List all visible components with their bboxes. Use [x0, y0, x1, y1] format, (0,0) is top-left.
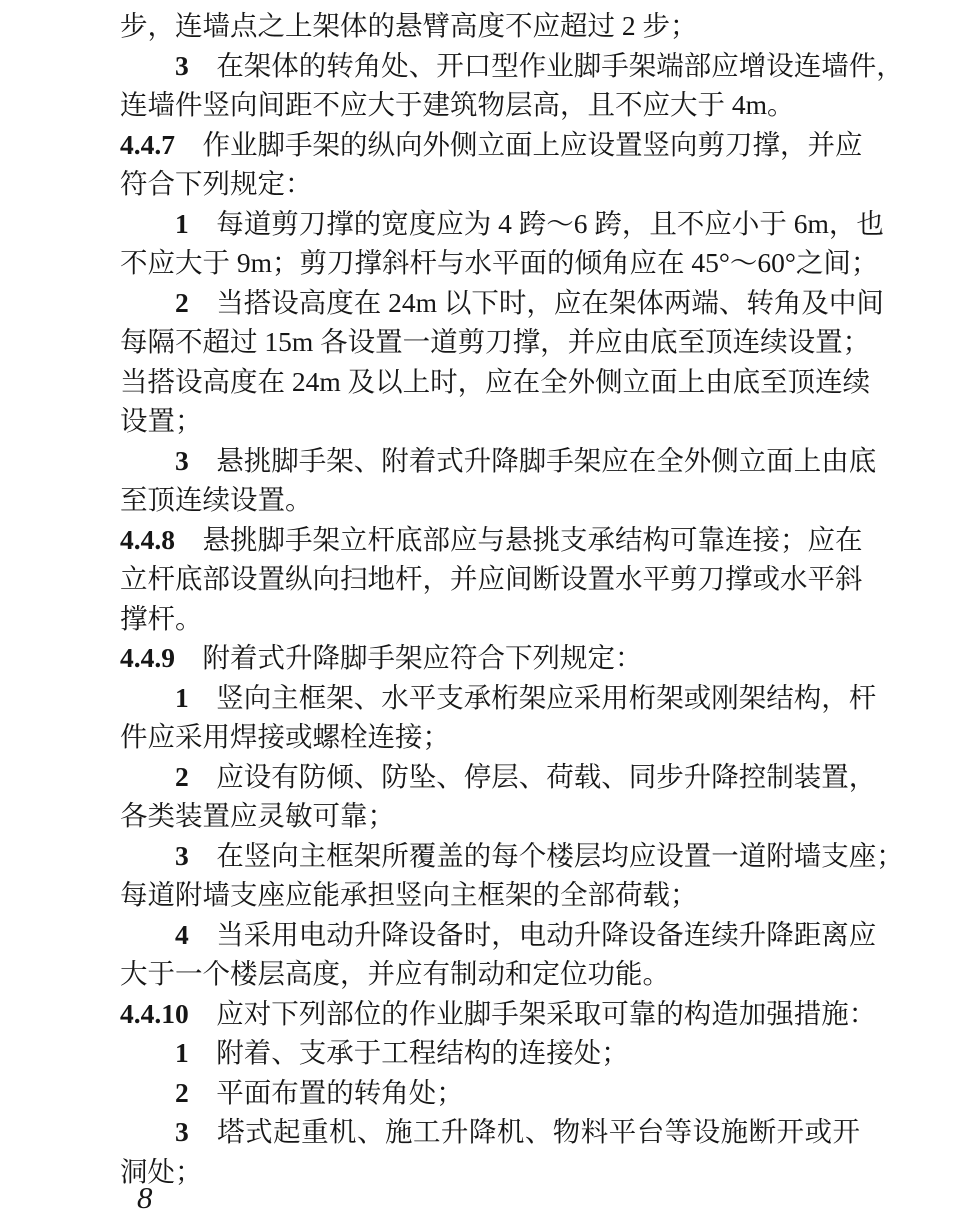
- clause-number: 3: [175, 445, 189, 476]
- text-line: 洞处；: [120, 1152, 860, 1192]
- clause-text: 撑杆。: [120, 603, 203, 634]
- clause-number: 4: [175, 919, 189, 950]
- clause-text: 设置；: [120, 405, 203, 436]
- text-line: 撑杆。: [120, 599, 860, 639]
- text-line: 每道附墙支座应能承担竖向主框架的全部荷载；: [120, 875, 860, 915]
- text-line: 至顶连续设置。: [120, 480, 860, 520]
- text-line: 不应大于 9m；剪刀撑斜杆与水平面的倾角应在 45°～60°之间；: [120, 243, 860, 283]
- text-line: 步，连墙点之上架体的悬臂高度不应超过 2 步；: [120, 6, 860, 46]
- text-line: 件应采用焊接或螺栓连接；: [120, 717, 860, 757]
- clause-number: 2: [175, 287, 189, 318]
- clause-text: 至顶连续设置。: [120, 484, 313, 515]
- text-block: 步，连墙点之上架体的悬臂高度不应超过 2 步；3 在架体的转角处、开口型作业脚手…: [120, 6, 860, 1191]
- clause-text: 当搭设高度在 24m 及以上时，应在全外侧立面上由底至顶连续: [120, 366, 870, 397]
- text-line: 设置；: [120, 401, 860, 441]
- clause-text: 大于一个楼层高度，并应有制动和定位功能。: [120, 958, 670, 989]
- clause-text: 在架体的转角处、开口型作业脚手架端部应增设连墙件，: [189, 50, 904, 81]
- clause-text: 在竖向主框架所覆盖的每个楼层均应设置一道附墙支座；: [189, 840, 904, 871]
- text-line: 4 当采用电动升降设备时，电动升降设备连续升降距离应: [120, 915, 860, 955]
- text-line: 1 附着、支承于工程结构的连接处；: [120, 1033, 860, 1073]
- clause-number: 3: [175, 50, 189, 81]
- clause-number: 3: [175, 1116, 189, 1147]
- clause-text: 当搭设高度在 24m 以下时，应在架体两端、转角及中间: [189, 287, 884, 318]
- text-line: 1 竖向主框架、水平支承桁架应采用桁架或刚架结构，杆: [120, 678, 860, 718]
- text-line: 大于一个楼层高度，并应有制动和定位功能。: [120, 954, 860, 994]
- clause-number: 2: [175, 761, 189, 792]
- clause-text: 作业脚手架的纵向外侧立面上应设置竖向剪刀撑，并应: [175, 129, 863, 160]
- clause-text: 竖向主框架、水平支承桁架应采用桁架或刚架结构，杆: [189, 682, 877, 713]
- text-line: 3 悬挑脚手架、附着式升降脚手架应在全外侧立面上由底: [120, 441, 860, 481]
- clause-number: 1: [175, 208, 189, 239]
- clause-text: 平面布置的转角处；: [189, 1077, 464, 1108]
- text-line: 4.4.9 附着式升降脚手架应符合下列规定：: [120, 638, 860, 678]
- clause-number: 4.4.9: [120, 642, 175, 673]
- clause-text: 附着、支承于工程结构的连接处；: [189, 1037, 629, 1068]
- clause-number: 4.4.8: [120, 524, 175, 555]
- clause-text: 洞处；: [120, 1156, 203, 1187]
- clause-text: 每道剪刀撑的宽度应为 4 跨～6 跨，且不应小于 6m，也: [189, 208, 884, 239]
- clause-text: 应对下列部位的作业脚手架采取可靠的构造加强措施：: [189, 998, 877, 1029]
- clause-text: 符合下列规定：: [120, 168, 313, 199]
- clause-number: 1: [175, 682, 189, 713]
- clause-text: 步，连墙点之上架体的悬臂高度不应超过 2 步；: [120, 10, 698, 41]
- clause-number: 1: [175, 1037, 189, 1068]
- text-line: 3 在架体的转角处、开口型作业脚手架端部应增设连墙件，: [120, 46, 860, 86]
- text-line: 2 当搭设高度在 24m 以下时，应在架体两端、转角及中间: [120, 283, 860, 323]
- text-line: 2 应设有防倾、防坠、停层、荷载、同步升降控制装置，: [120, 757, 860, 797]
- clause-text: 悬挑脚手架、附着式升降脚手架应在全外侧立面上由底: [189, 445, 877, 476]
- text-line: 4.4.7 作业脚手架的纵向外侧立面上应设置竖向剪刀撑，并应: [120, 125, 860, 165]
- text-line: 3 塔式起重机、施工升降机、物料平台等设施断开或开: [120, 1112, 860, 1152]
- text-line: 4.4.8 悬挑脚手架立杆底部应与悬挑支承结构可靠连接；应在: [120, 520, 860, 560]
- document-page: 步，连墙点之上架体的悬臂高度不应超过 2 步；3 在架体的转角处、开口型作业脚手…: [0, 0, 968, 1225]
- text-line: 连墙件竖向间距不应大于建筑物层高，且不应大于 4m。: [120, 85, 860, 125]
- clause-text: 连墙件竖向间距不应大于建筑物层高，且不应大于 4m。: [120, 89, 795, 120]
- clause-text: 每道附墙支座应能承担竖向主框架的全部荷载；: [120, 879, 698, 910]
- clause-text: 悬挑脚手架立杆底部应与悬挑支承结构可靠连接；应在: [175, 524, 863, 555]
- clause-text: 立杆底部设置纵向扫地杆，并应间断设置水平剪刀撑或水平斜: [120, 563, 863, 594]
- clause-text: 当采用电动升降设备时，电动升降设备连续升降距离应: [189, 919, 877, 950]
- text-line: 当搭设高度在 24m 及以上时，应在全外侧立面上由底至顶连续: [120, 362, 860, 402]
- clause-text: 件应采用焊接或螺栓连接；: [120, 721, 450, 752]
- text-line: 立杆底部设置纵向扫地杆，并应间断设置水平剪刀撑或水平斜: [120, 559, 860, 599]
- clause-number: 4.4.7: [120, 129, 175, 160]
- text-line: 符合下列规定：: [120, 164, 860, 204]
- text-line: 4.4.10 应对下列部位的作业脚手架采取可靠的构造加强措施：: [120, 994, 860, 1034]
- clause-text: 应设有防倾、防坠、停层、荷载、同步升降控制装置，: [189, 761, 877, 792]
- clause-text: 各类装置应灵敏可靠；: [120, 800, 395, 831]
- clause-number: 2: [175, 1077, 189, 1108]
- text-line: 各类装置应灵敏可靠；: [120, 796, 860, 836]
- clause-text: 不应大于 9m；剪刀撑斜杆与水平面的倾角应在 45°～60°之间；: [120, 247, 878, 278]
- clause-text: 塔式起重机、施工升降机、物料平台等设施断开或开: [189, 1116, 860, 1147]
- text-line: 每隔不超过 15m 各设置一道剪刀撑，并应由底至顶连续设置；: [120, 322, 860, 362]
- text-line: 1 每道剪刀撑的宽度应为 4 跨～6 跨，且不应小于 6m，也: [120, 204, 860, 244]
- text-line: 2 平面布置的转角处；: [120, 1073, 860, 1113]
- page-number: 8: [137, 1180, 153, 1216]
- text-line: 3 在竖向主框架所覆盖的每个楼层均应设置一道附墙支座；: [120, 836, 860, 876]
- clause-text: 附着式升降脚手架应符合下列规定：: [175, 642, 643, 673]
- clause-number: 4.4.10: [120, 998, 189, 1029]
- clause-number: 3: [175, 840, 189, 871]
- clause-text: 每隔不超过 15m 各设置一道剪刀撑，并应由底至顶连续设置；: [120, 326, 870, 357]
